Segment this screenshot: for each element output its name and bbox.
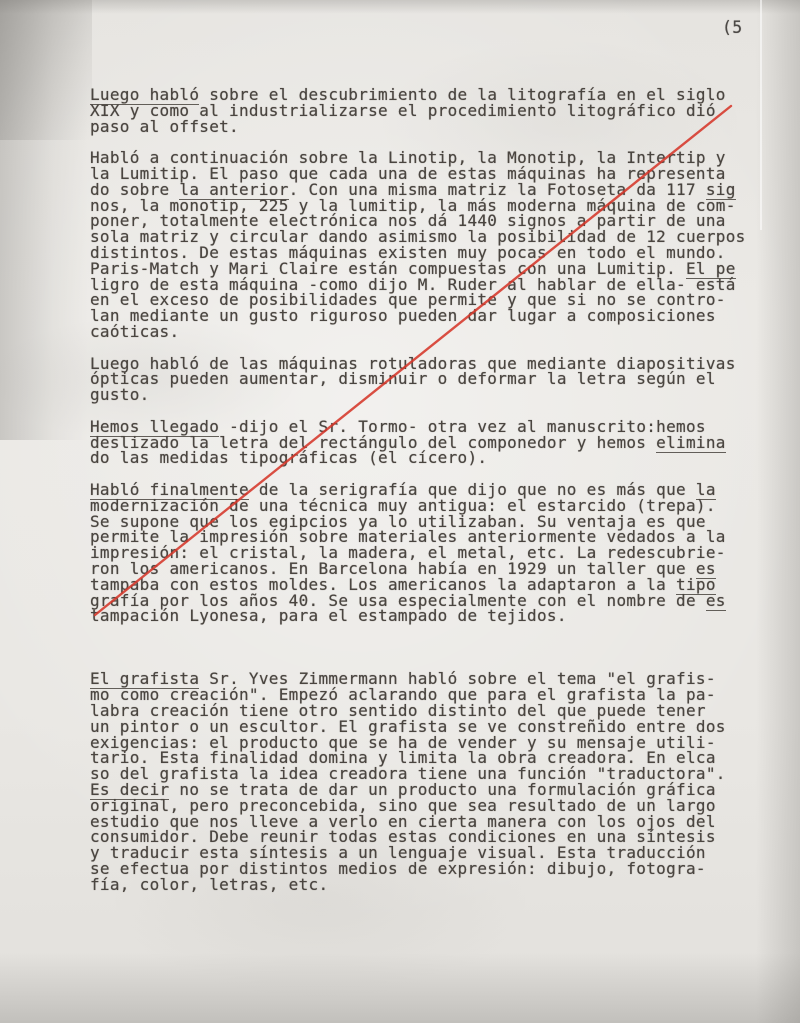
paragraph: Habló a continuación sobre la Linotip, l… xyxy=(90,150,770,340)
paragraph: Luego habló de las máquinas rotuladoras … xyxy=(90,356,770,403)
text-line: fía, color, letras, etc. xyxy=(90,877,770,893)
underlined-text: elimina xyxy=(656,433,726,453)
paragraph: El grafista Sr. Yves Zimmermann habló so… xyxy=(90,671,770,892)
document-text: Luego habló sobre el descubrimiento de l… xyxy=(90,87,770,893)
text-line: gusto. xyxy=(90,387,770,403)
paragraph: Luego habló sobre el descubrimiento de l… xyxy=(90,87,770,134)
underlined-text: es xyxy=(706,591,726,611)
paragraph: Habló finalmente de la serigrafía que di… xyxy=(90,482,770,624)
text-line: lan mediante un gusto riguroso pueden da… xyxy=(90,308,770,324)
text-line: tampación Lyonesa, para el estampado de … xyxy=(90,608,770,624)
scan-shadow-top xyxy=(0,0,800,14)
paragraph: Hemos llegado -dijo el Sr. Tormo- otra v… xyxy=(90,419,770,466)
page-number: (5 xyxy=(722,18,742,37)
scan-shadow-bottom xyxy=(0,953,800,1023)
text-line: paso al offset. xyxy=(90,119,770,135)
text-line: do las medidas tipográficas (el cícero). xyxy=(90,450,770,466)
scan-shadow-left xyxy=(0,0,88,440)
scan-shadow-top-left xyxy=(0,0,92,140)
text-line: ópticas pueden aumentar, disminuir o def… xyxy=(90,371,770,387)
text-line: caóticas. xyxy=(90,324,770,340)
scanned-page: (5 Luego habló sobre el descubrimiento d… xyxy=(0,0,800,1023)
